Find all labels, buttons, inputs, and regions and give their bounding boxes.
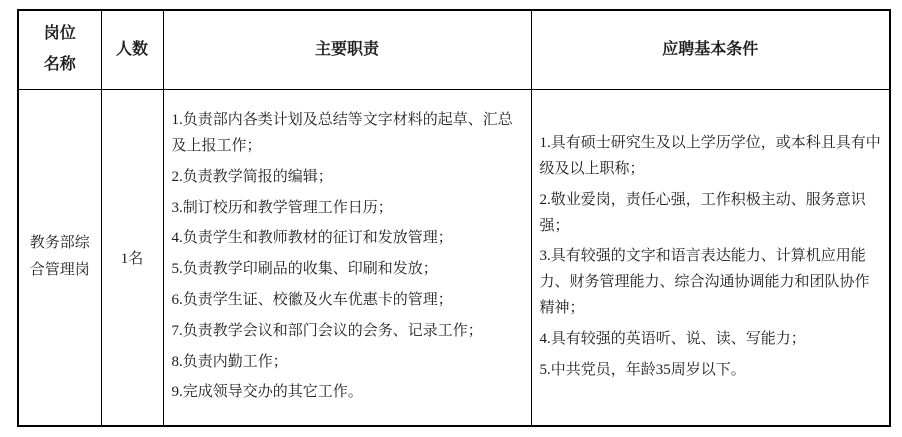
duties-cell: 1.负责部内各类计划及总结等文字材料的起草、汇总及上报工作；2.负责教学简报的编… (163, 89, 531, 426)
duty-item: 7.负责教学会议和部门会议的会务、记录工作； (172, 319, 523, 345)
duty-item: 6.负责学生证、校徽及火车优惠卡的管理； (172, 288, 523, 314)
col-header-main-duties: 主要职责 (163, 10, 531, 89)
requirements-cell: 1.具有硕士研究生及以上学历学位，或本科且具有中级及以上职称；2.敬业爱岗，责任… (531, 89, 890, 426)
col-header-position-name: 岗位 名称 (18, 10, 101, 89)
duty-item: 1.负责部内各类计划及总结等文字材料的起草、汇总及上报工作； (172, 108, 523, 160)
requirement-item: 1.具有硕士研究生及以上学历学位，或本科且具有中级及以上职称； (540, 131, 882, 183)
duty-item: 2.负责教学简报的编辑； (172, 165, 523, 191)
duty-item: 5.负责教学印刷品的收集、印刷和发放； (172, 257, 523, 283)
col-header-headcount: 人数 (101, 10, 163, 89)
job-posting-table: 岗位 名称 人数 主要职责 应聘基本条件 教务部综 合管理岗 1名 1.负责部内… (17, 9, 891, 427)
header-row: 岗位 名称 人数 主要职责 应聘基本条件 (18, 10, 890, 89)
duty-item: 3.制订校历和教学管理工作日历； (172, 196, 523, 222)
duty-item: 8.负责内勤工作； (172, 350, 523, 376)
col-header-basic-requirements: 应聘基本条件 (531, 10, 890, 89)
requirement-item: 4.具有较强的英语听、说、读、写能力； (540, 327, 882, 353)
position-name-cell: 教务部综 合管理岗 (18, 89, 101, 426)
duty-item: 4.负责学生和教师教材的征订和发放管理； (172, 226, 523, 252)
recruitment-notice-page: 岗位 名称 人数 主要职责 应聘基本条件 教务部综 合管理岗 1名 1.负责部内… (0, 0, 902, 437)
table-row: 教务部综 合管理岗 1名 1.负责部内各类计划及总结等文字材料的起草、汇总及上报… (18, 89, 890, 426)
headcount-cell: 1名 (101, 89, 163, 426)
requirement-item: 2.敬业爱岗，责任心强，工作积极主动、服务意识强； (540, 188, 882, 240)
duty-item: 9.完成领导交办的其它工作。 (172, 380, 523, 406)
requirement-item: 3.具有较强的文字和语言表达能力、计算机应用能力、财务管理能力、综合沟通协调能力… (540, 244, 882, 321)
requirement-item: 5.中共党员，年龄35周岁以下。 (540, 358, 882, 384)
